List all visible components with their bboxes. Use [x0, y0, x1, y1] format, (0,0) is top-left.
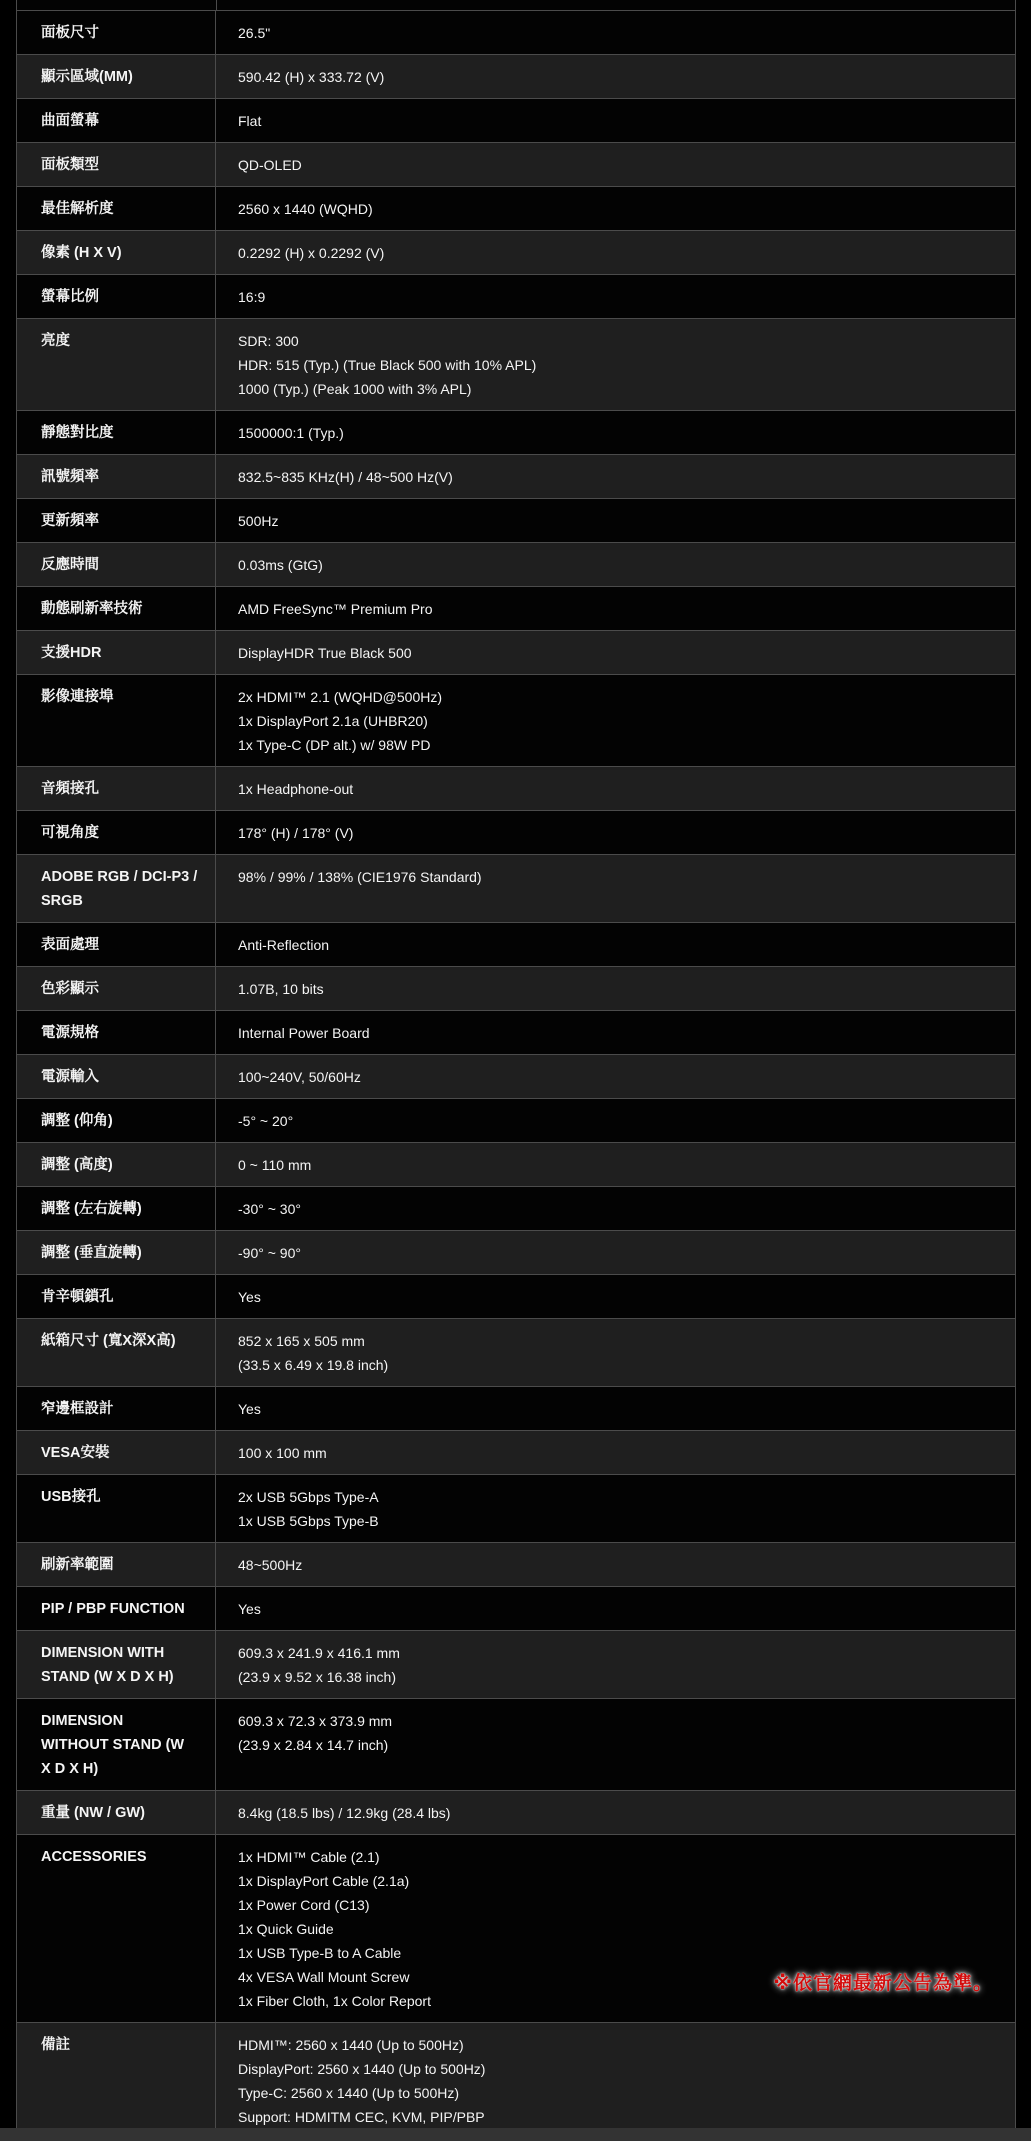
spec-value: 852 x 165 x 505 mm (33.5 x 6.49 x 19.8 i… [216, 1319, 1015, 1386]
table-row: DIMENSION WITH STAND (W X D X H) 609.3 x… [17, 1631, 1015, 1699]
spec-label: 亮度 [17, 319, 216, 410]
spec-value: -30° ~ 30° [216, 1187, 1015, 1230]
spec-value: Yes [216, 1275, 1015, 1318]
spec-label: DIMENSION WITH STAND (W X D X H) [17, 1631, 216, 1698]
spec-value: 16:9 [216, 275, 1015, 318]
table-row: 面板尺寸 26.5" [17, 11, 1015, 55]
official-site-disclaimer: ※依官網最新公告為準。 [774, 1968, 993, 1995]
spec-label: 影像連接埠 [17, 675, 216, 766]
table-row: DIMENSION WITHOUT STAND (W X D X H) 609.… [17, 1699, 1015, 1791]
spec-value: -90° ~ 90° [216, 1231, 1015, 1274]
table-row: 影像連接埠 2x HDMI™ 2.1 (WQHD@500Hz) 1x Displ… [17, 675, 1015, 767]
table-row: 調整 (仰角) -5° ~ 20° [17, 1099, 1015, 1143]
spec-label: 表面處理 [17, 923, 216, 966]
spec-rows-container: 面板尺寸 26.5" 顯示區域(MM) 590.42 (H) x 333.72 … [17, 11, 1015, 2139]
spec-value: AMD FreeSync™ Premium Pro [216, 587, 1015, 630]
table-row: PIP / PBP FUNCTION Yes [17, 1587, 1015, 1631]
spec-label: 電源輸入 [17, 1055, 216, 1098]
spec-label: DIMENSION WITHOUT STAND (W X D X H) [17, 1699, 216, 1790]
spec-table: 面板尺寸 26.5" 顯示區域(MM) 590.42 (H) x 333.72 … [16, 0, 1016, 2139]
spec-value: Yes [216, 1387, 1015, 1430]
spec-value: 178° (H) / 178° (V) [216, 811, 1015, 854]
spec-value: 832.5~835 KHz(H) / 48~500 Hz(V) [216, 455, 1015, 498]
spec-label: 更新頻率 [17, 499, 216, 542]
table-row: 靜態對比度 1500000:1 (Typ.) [17, 411, 1015, 455]
table-row: USB接孔 2x USB 5Gbps Type-A 1x USB 5Gbps T… [17, 1475, 1015, 1543]
table-row: ADOBE RGB / DCI-P3 / SRGB 98% / 99% / 13… [17, 855, 1015, 923]
spec-value: 26.5" [216, 11, 1015, 54]
spec-label: 調整 (垂直旋轉) [17, 1231, 216, 1274]
spec-label: 動態刷新率技術 [17, 587, 216, 630]
table-row: 刷新率範圍 48~500Hz [17, 1543, 1015, 1587]
spec-label: 音頻接孔 [17, 767, 216, 810]
spec-label: 色彩顯示 [17, 967, 216, 1010]
table-row: 調整 (左右旋轉) -30° ~ 30° [17, 1187, 1015, 1231]
spec-value: 8.4kg (18.5 lbs) / 12.9kg (28.4 lbs) [216, 1791, 1015, 1834]
table-row: 重量 (NW / GW) 8.4kg (18.5 lbs) / 12.9kg (… [17, 1791, 1015, 1835]
spec-label: 電源規格 [17, 1011, 216, 1054]
table-row: 色彩顯示 1.07B, 10 bits [17, 967, 1015, 1011]
spec-value: -5° ~ 20° [216, 1099, 1015, 1142]
spec-label: 調整 (仰角) [17, 1099, 216, 1142]
spec-value: 500Hz [216, 499, 1015, 542]
table-row: 肯辛頓鎖孔 Yes [17, 1275, 1015, 1319]
table-top-partial-value-cell [217, 0, 1015, 10]
table-row: 像素 (H X V) 0.2292 (H) x 0.2292 (V) [17, 231, 1015, 275]
table-row: 電源輸入 100~240V, 50/60Hz [17, 1055, 1015, 1099]
spec-label: 肯辛頓鎖孔 [17, 1275, 216, 1318]
table-row: 最佳解析度 2560 x 1440 (WQHD) [17, 187, 1015, 231]
table-row: 訊號頻率 832.5~835 KHz(H) / 48~500 Hz(V) [17, 455, 1015, 499]
spec-value: 0 ~ 110 mm [216, 1143, 1015, 1186]
spec-label: 顯示區域(MM) [17, 55, 216, 98]
spec-label: 面板尺寸 [17, 11, 216, 54]
spec-label: 窄邊框設計 [17, 1387, 216, 1430]
table-row: 電源規格 Internal Power Board [17, 1011, 1015, 1055]
spec-value: Anti-Reflection [216, 923, 1015, 966]
table-row: 支援HDR DisplayHDR True Black 500 [17, 631, 1015, 675]
table-top-partial-label-cell [17, 0, 217, 10]
spec-value: 0.03ms (GtG) [216, 543, 1015, 586]
table-row: 備註 HDMI™: 2560 x 1440 (Up to 500Hz) Disp… [17, 2023, 1015, 2139]
spec-value: 98% / 99% / 138% (CIE1976 Standard) [216, 855, 1015, 922]
spec-value: HDMI™: 2560 x 1440 (Up to 500Hz) Display… [216, 2023, 1015, 2138]
spec-label: 靜態對比度 [17, 411, 216, 454]
spec-label: 支援HDR [17, 631, 216, 674]
spec-label: 可視角度 [17, 811, 216, 854]
table-row: 窄邊框設計 Yes [17, 1387, 1015, 1431]
spec-label: 紙箱尺寸 (寬X深X高) [17, 1319, 216, 1386]
table-row: 調整 (垂直旋轉) -90° ~ 90° [17, 1231, 1015, 1275]
table-row: 動態刷新率技術 AMD FreeSync™ Premium Pro [17, 587, 1015, 631]
spec-label: 曲面螢幕 [17, 99, 216, 142]
spec-value: 48~500Hz [216, 1543, 1015, 1586]
spec-label: 備註 [17, 2023, 216, 2138]
table-row: 可視角度 178° (H) / 178° (V) [17, 811, 1015, 855]
spec-value: 100~240V, 50/60Hz [216, 1055, 1015, 1098]
spec-label: 刷新率範圍 [17, 1543, 216, 1586]
table-top-partial-row [17, 0, 1015, 11]
table-row: 顯示區域(MM) 590.42 (H) x 333.72 (V) [17, 55, 1015, 99]
spec-value: 590.42 (H) x 333.72 (V) [216, 55, 1015, 98]
spec-value: QD-OLED [216, 143, 1015, 186]
spec-label: 調整 (高度) [17, 1143, 216, 1186]
spec-value: 609.3 x 72.3 x 373.9 mm (23.9 x 2.84 x 1… [216, 1699, 1015, 1790]
spec-label: ADOBE RGB / DCI-P3 / SRGB [17, 855, 216, 922]
spec-label: PIP / PBP FUNCTION [17, 1587, 216, 1630]
spec-value: 1x Headphone-out [216, 767, 1015, 810]
spec-value: 2560 x 1440 (WQHD) [216, 187, 1015, 230]
spec-value: 2x USB 5Gbps Type-A 1x USB 5Gbps Type-B [216, 1475, 1015, 1542]
spec-value: Internal Power Board [216, 1011, 1015, 1054]
spec-value: 609.3 x 241.9 x 416.1 mm (23.9 x 9.52 x … [216, 1631, 1015, 1698]
table-row: 更新頻率 500Hz [17, 499, 1015, 543]
spec-label: 調整 (左右旋轉) [17, 1187, 216, 1230]
table-row: 調整 (高度) 0 ~ 110 mm [17, 1143, 1015, 1187]
table-row: 亮度 SDR: 300 HDR: 515 (Typ.) (True Black … [17, 319, 1015, 411]
spec-label: 螢幕比例 [17, 275, 216, 318]
spec-value: SDR: 300 HDR: 515 (Typ.) (True Black 500… [216, 319, 1015, 410]
spec-label: 訊號頻率 [17, 455, 216, 498]
bottom-bar [0, 2128, 1031, 2141]
table-row: 紙箱尺寸 (寬X深X高) 852 x 165 x 505 mm (33.5 x … [17, 1319, 1015, 1387]
spec-value: Flat [216, 99, 1015, 142]
spec-label: 最佳解析度 [17, 187, 216, 230]
spec-value: 1.07B, 10 bits [216, 967, 1015, 1010]
spec-value: 0.2292 (H) x 0.2292 (V) [216, 231, 1015, 274]
spec-label: ACCESSORIES [17, 1835, 216, 2022]
table-row: 面板類型 QD-OLED [17, 143, 1015, 187]
spec-value: 1500000:1 (Typ.) [216, 411, 1015, 454]
spec-value: 2x HDMI™ 2.1 (WQHD@500Hz) 1x DisplayPort… [216, 675, 1015, 766]
spec-label: USB接孔 [17, 1475, 216, 1542]
table-row: 表面處理 Anti-Reflection [17, 923, 1015, 967]
table-row: 音頻接孔 1x Headphone-out [17, 767, 1015, 811]
spec-value: DisplayHDR True Black 500 [216, 631, 1015, 674]
spec-value: 100 x 100 mm [216, 1431, 1015, 1474]
table-row: 曲面螢幕 Flat [17, 99, 1015, 143]
spec-label: VESA安裝 [17, 1431, 216, 1474]
table-row: 螢幕比例 16:9 [17, 275, 1015, 319]
spec-label: 反應時間 [17, 543, 216, 586]
table-row: VESA安裝 100 x 100 mm [17, 1431, 1015, 1475]
spec-label: 像素 (H X V) [17, 231, 216, 274]
spec-label: 重量 (NW / GW) [17, 1791, 216, 1834]
spec-value: Yes [216, 1587, 1015, 1630]
table-row: 反應時間 0.03ms (GtG) [17, 543, 1015, 587]
spec-label: 面板類型 [17, 143, 216, 186]
